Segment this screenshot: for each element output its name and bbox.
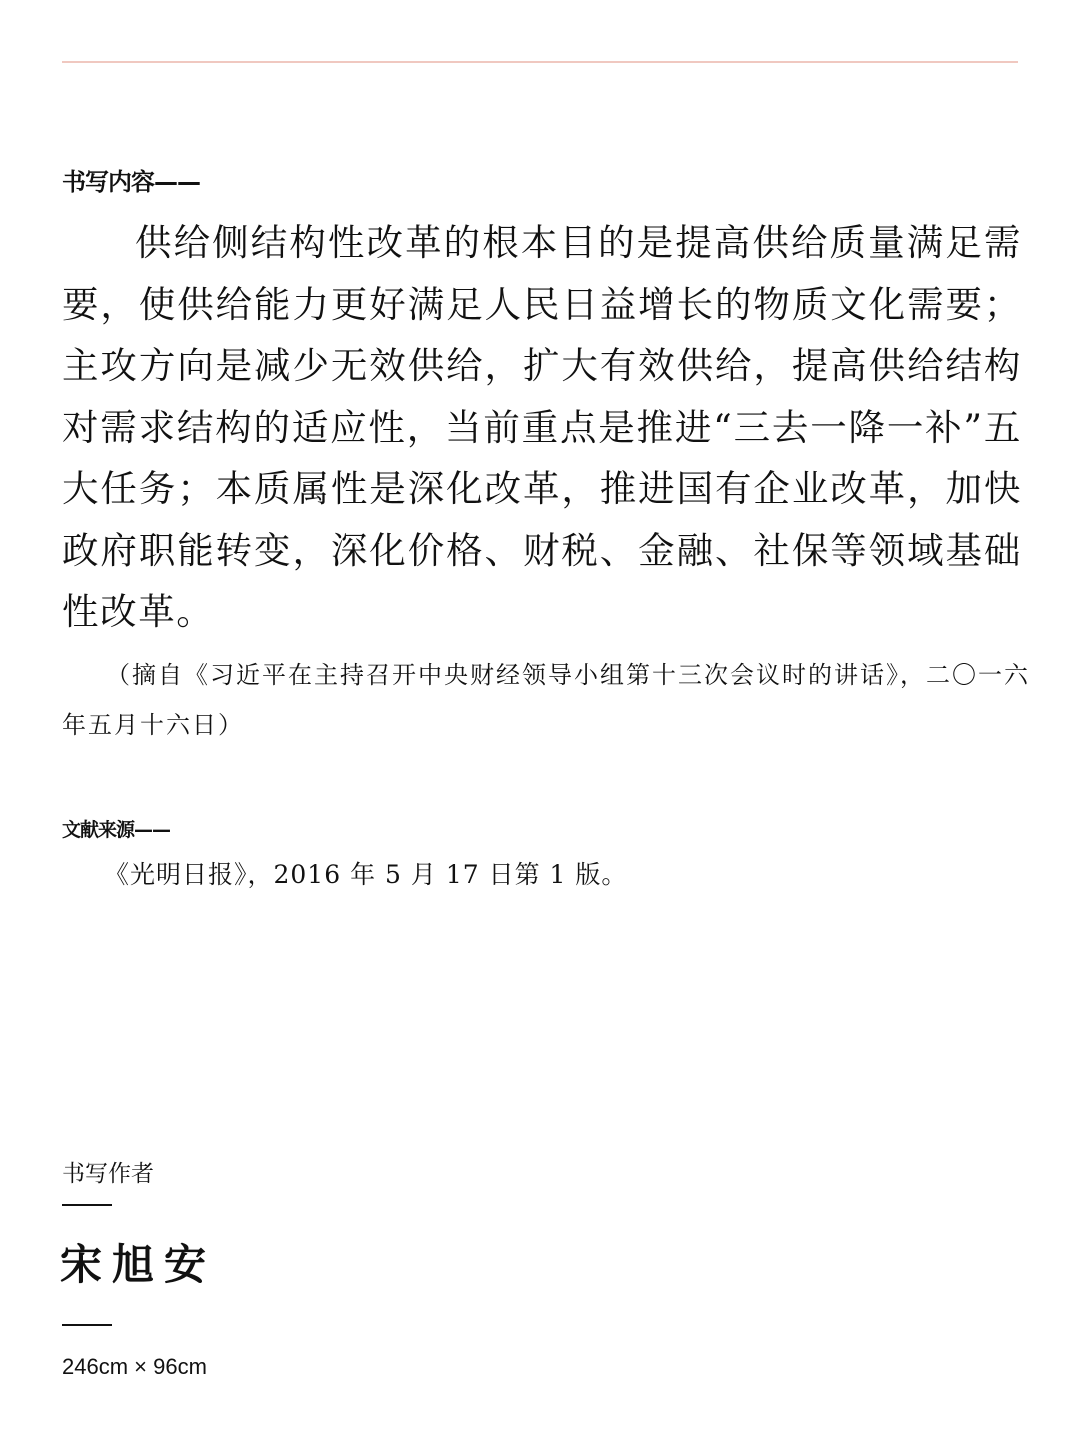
author-divider-top xyxy=(62,1204,112,1206)
top-divider xyxy=(62,61,1018,63)
author-section-label: 书写作者 xyxy=(62,1155,154,1188)
artwork-dimensions: 246cm × 96cm xyxy=(62,1352,207,1382)
content-section-label: 书写内容—— xyxy=(62,162,200,197)
quote-text: 供给侧结构性改革的根本目的是提高供给质量满足需要，使供给能力更好满足人民日益增长… xyxy=(62,212,1022,643)
author-name: 宋旭安 xyxy=(60,1235,216,1295)
source-text: 《光明日报》，2016 年 5 月 17 日第 1 版。 xyxy=(104,856,627,894)
author-divider-bottom xyxy=(62,1324,112,1326)
source-section-label: 文献来源—— xyxy=(62,815,170,842)
quote-citation: （摘自《习近平在主持召开中央财经领导小组第十三次会议时的讲话》，二〇一六年五月十… xyxy=(62,650,1032,750)
